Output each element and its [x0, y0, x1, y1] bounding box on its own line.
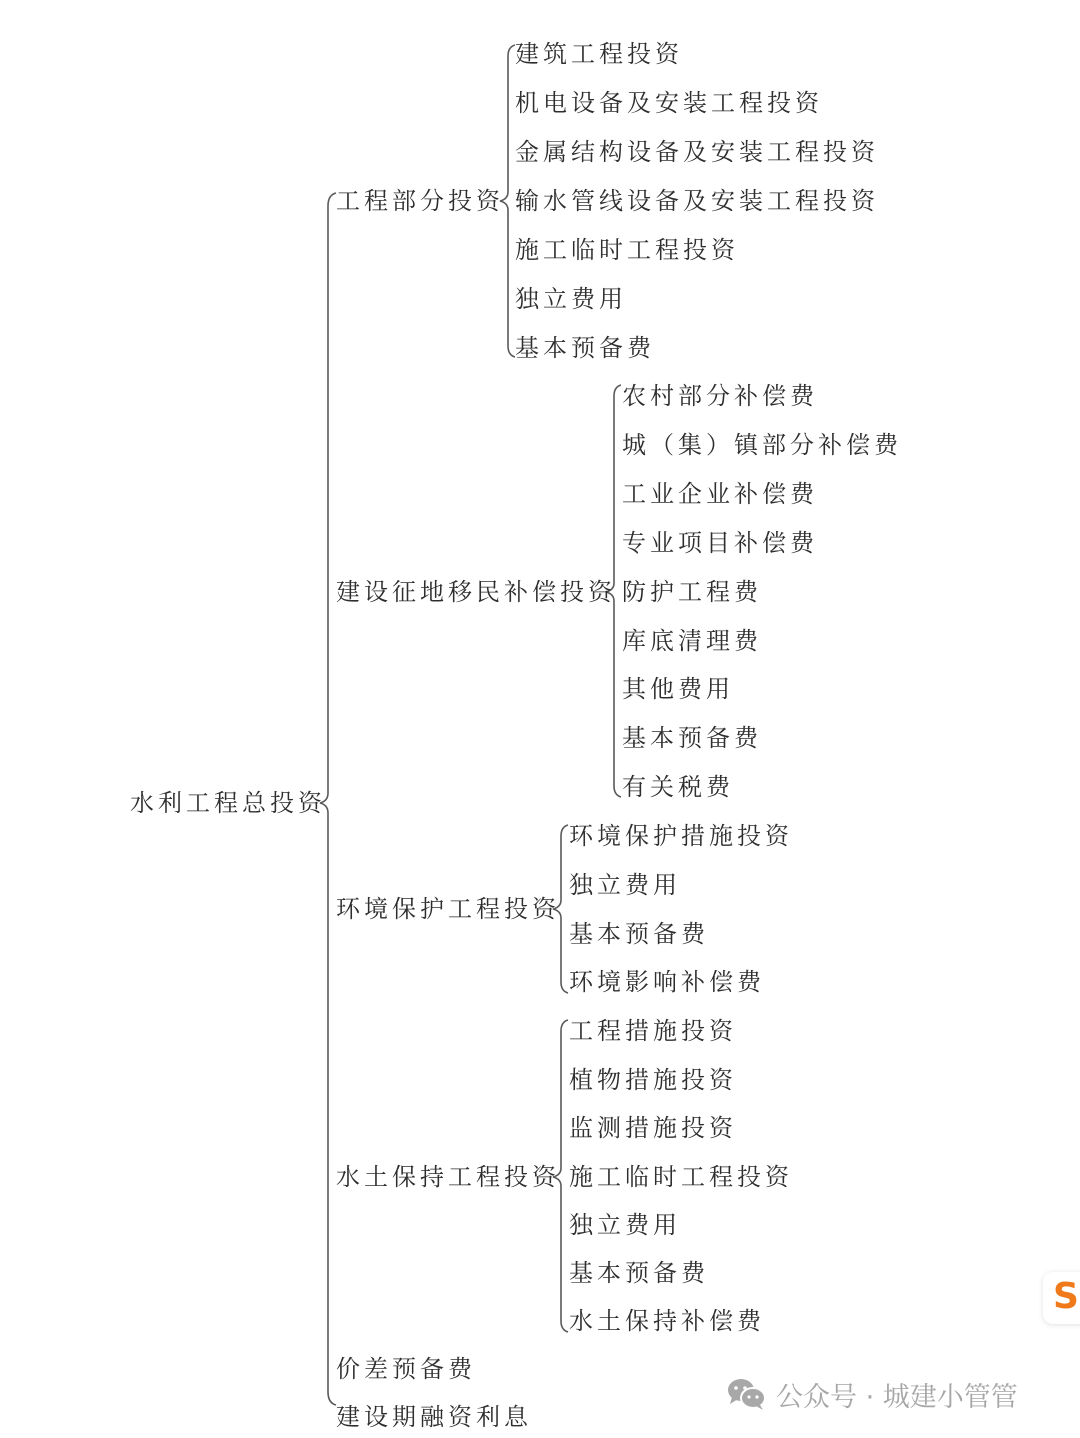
leaf-item: 植物措施投资 [569, 1065, 737, 1095]
leaf-item: 工程措施投资 [569, 1016, 737, 1046]
leaf-item: 输水管线设备及安装工程投资 [515, 186, 879, 216]
branch-land-resettlement: 建设征地移民补偿投资 [336, 577, 616, 607]
investment-structure-diagram: 水利工程总投资 工程部分投资 建筑工程投资 机电设备及安装工程投资 金属结构设备… [0, 0, 1080, 1438]
leaf-item: 水土保持补偿费 [569, 1306, 765, 1336]
watermark: 公众号 · 城建小管管 [726, 1376, 1018, 1412]
leaf-item: 金属结构设备及安装工程投资 [515, 137, 879, 167]
leaf-item: 其他费用 [622, 674, 734, 704]
leaf-item: 环境保护措施投资 [569, 821, 793, 851]
leaf-item: 独立费用 [569, 1210, 681, 1240]
watermark-text: 公众号 · 城建小管管 [776, 1375, 1018, 1414]
branch-price-contingency: 价差预备费 [336, 1354, 476, 1384]
leaf-item: 建筑工程投资 [515, 39, 683, 69]
branch-soil-water-conservation: 水土保持工程投资 [336, 1162, 560, 1192]
root-node: 水利工程总投资 [130, 788, 326, 818]
leaf-item: 有关税费 [622, 772, 734, 802]
leaf-item: 工业企业补偿费 [622, 479, 818, 509]
leaf-item: 城（集）镇部分补偿费 [622, 430, 902, 460]
leaf-item: 基本预备费 [515, 333, 655, 363]
leaf-item: 基本预备费 [569, 919, 709, 949]
sogou-s-icon: S [1053, 1276, 1079, 1317]
branch-environmental-protection: 环境保护工程投资 [336, 894, 560, 924]
branch-construction-interest: 建设期融资利息 [336, 1402, 532, 1432]
leaf-item: 独立费用 [569, 870, 681, 900]
leaf-item: 农村部分补偿费 [622, 381, 818, 411]
leaf-item: 专业项目补偿费 [622, 528, 818, 558]
leaf-item: 施工临时工程投资 [515, 235, 739, 265]
leaf-item: 独立费用 [515, 284, 627, 314]
leaf-item: 基本预备费 [622, 723, 762, 753]
leaf-item: 基本预备费 [569, 1258, 709, 1288]
leaf-item: 环境影响补偿费 [569, 967, 765, 997]
leaf-item: 防护工程费 [622, 577, 762, 607]
leaf-item: 机电设备及安装工程投资 [515, 88, 823, 118]
leaf-item: 监测措施投资 [569, 1113, 737, 1143]
leaf-item: 施工临时工程投资 [569, 1162, 793, 1192]
wechat-icon [726, 1377, 768, 1411]
floating-side-button[interactable]: S [1043, 1272, 1080, 1324]
leaf-item: 库底清理费 [622, 626, 762, 656]
branch-engineering: 工程部分投资 [336, 186, 504, 216]
